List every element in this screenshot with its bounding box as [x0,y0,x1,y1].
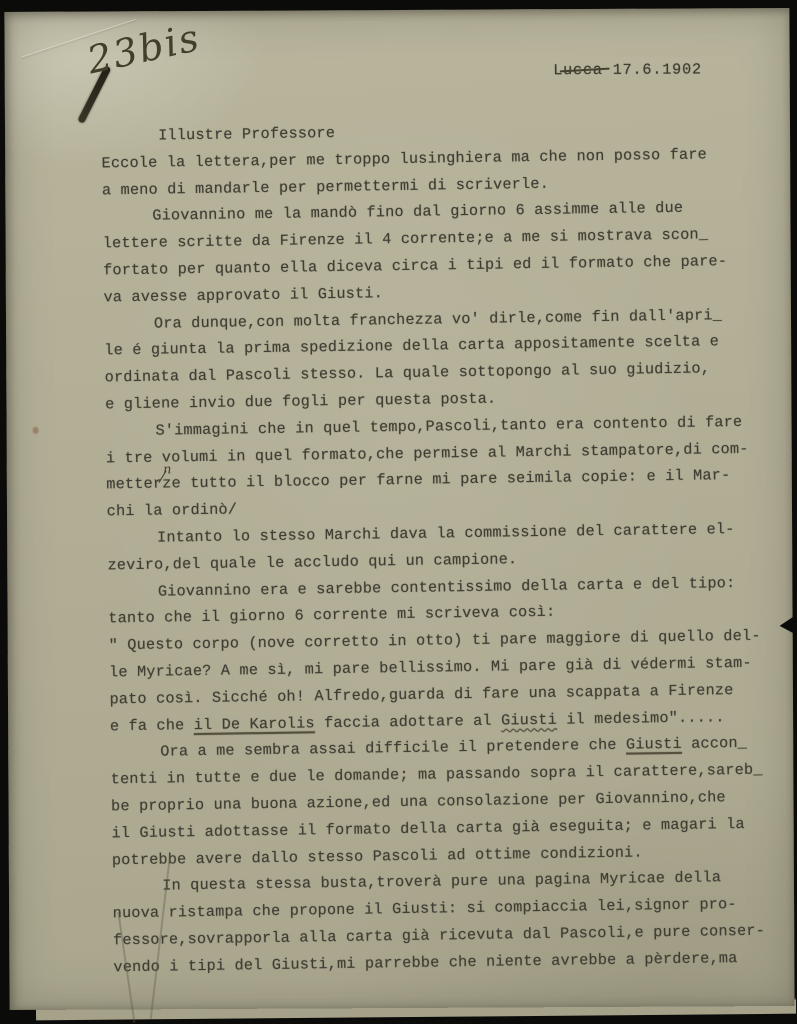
underlined-name: Giusti [626,735,682,754]
underlined-name: Giusti [501,710,557,729]
letter-body: Illustre Professore Eccole la lettera,pe… [5,113,797,982]
typed-text: il medesimo"..... [557,708,725,728]
letter-date: Lucca 17.6.1902 [494,42,703,115]
typed-text: z [162,475,172,493]
typed-text: e tutto il blocco per farne mi pare seim… [171,466,730,492]
typed-text: e fa che [110,716,194,735]
handwritten-correction: n [163,458,172,485]
strikethrough-char: zn [162,471,172,498]
underlined-name: il De Karolis [194,714,315,734]
scanned-letter: 23bis Lucca 17.6.1902 Illustre Professor… [0,0,797,1024]
typed-text: metter [106,475,162,494]
ink-stain [33,427,39,434]
letter-page: 23bis Lucca 17.6.1902 Illustre Professor… [4,8,794,1010]
typed-text: faccia adottare al [315,711,502,732]
handwritten-annotation: 23bis [62,17,252,104]
handwritten-annotation-text: 23bis [82,17,204,83]
typed-text: accon_ [682,734,747,753]
typed-text: Ora a me sembra assai difficile il prete… [160,736,626,761]
